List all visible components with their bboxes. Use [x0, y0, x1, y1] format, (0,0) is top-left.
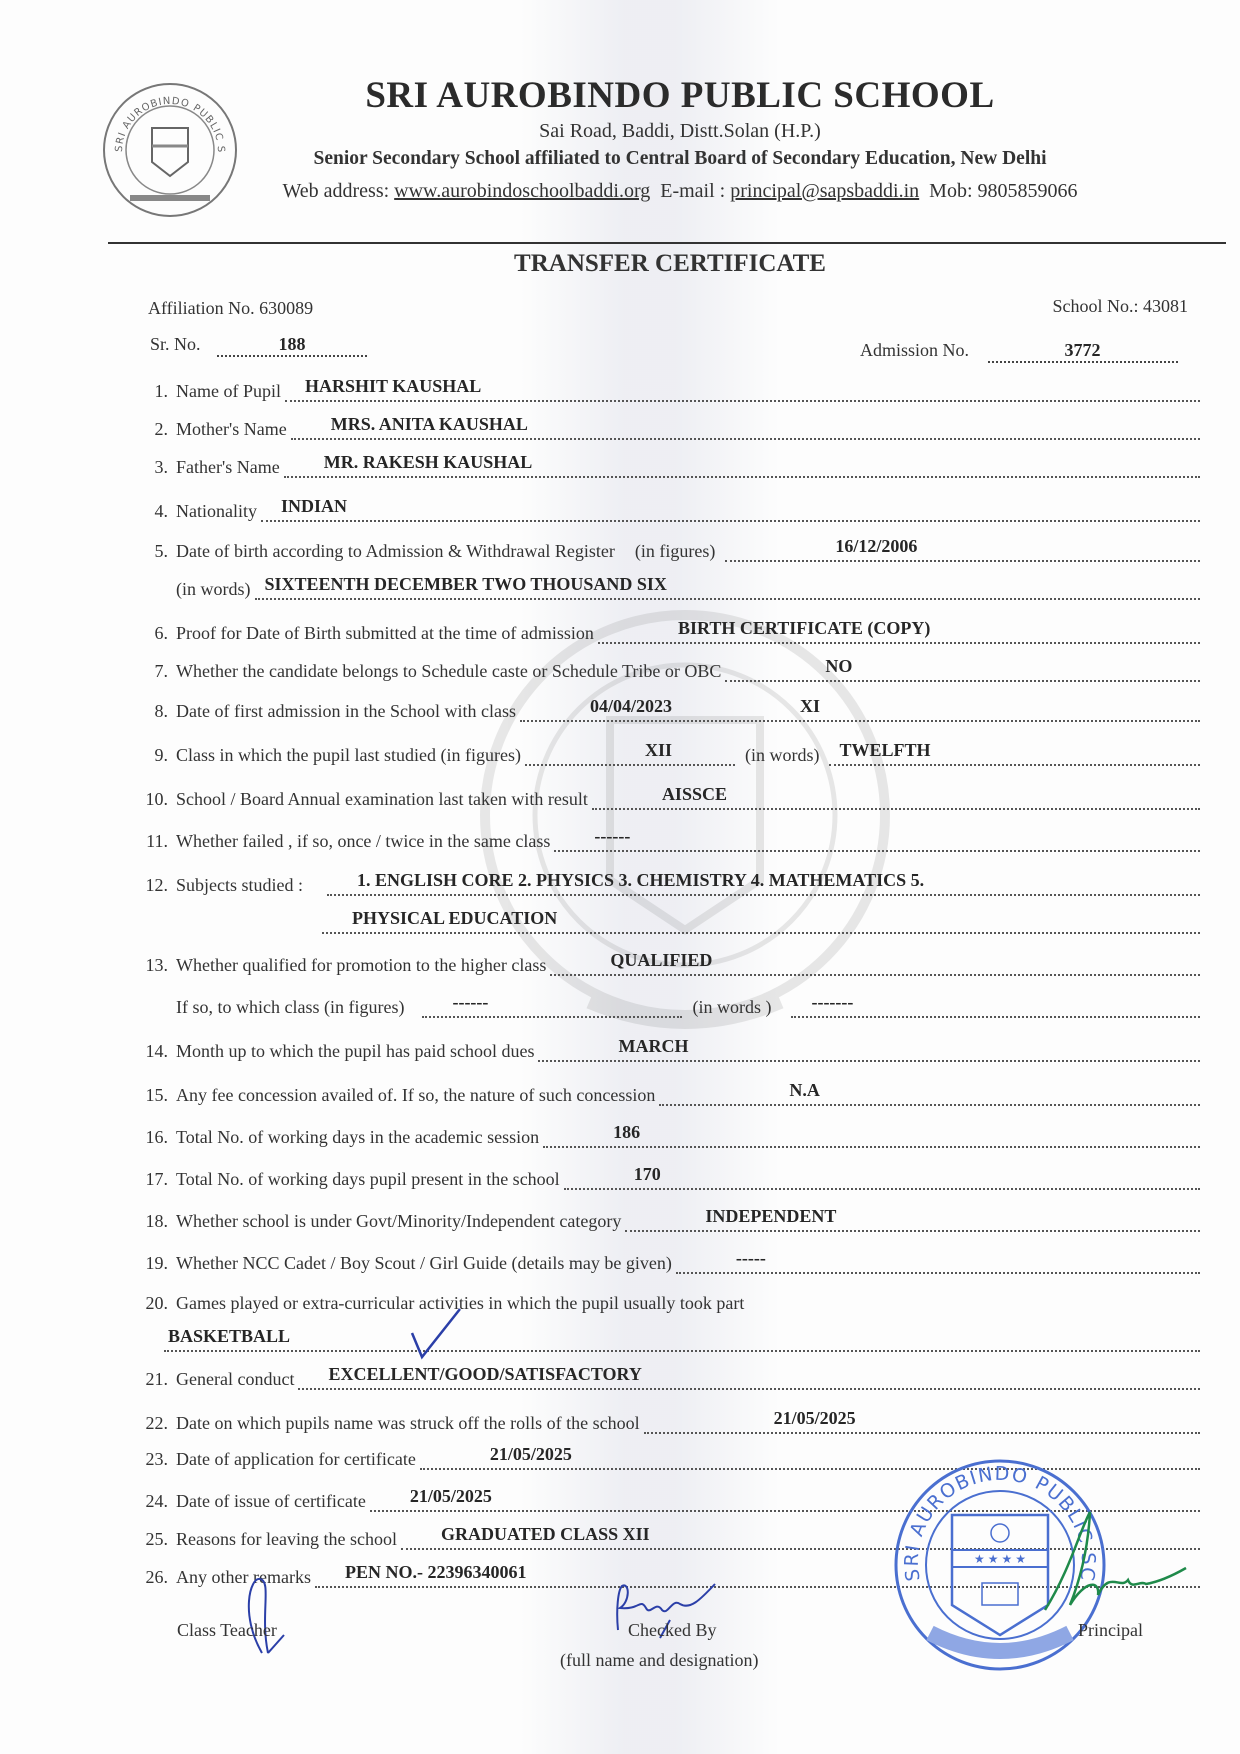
field-value-line: MARCH — [538, 1034, 1200, 1062]
field-value-line: ------ — [554, 824, 1200, 852]
field-row: 15.Any fee concession availed of. If so,… — [132, 1076, 1200, 1106]
field-value-line: EXCELLENT/GOOD/SATISFACTORY — [298, 1362, 1200, 1390]
field-label: Whether school is under Govt/Minority/In… — [176, 1211, 621, 1232]
field-value: ----- — [736, 1248, 766, 1269]
field-value: INDEPENDENT — [705, 1206, 836, 1227]
field-value: QUALIFIED — [610, 950, 712, 971]
field-number: 3. — [132, 457, 168, 478]
field-value: 186 — [613, 1122, 640, 1143]
sr-no-label: Sr. No. — [150, 334, 201, 354]
field-value: 21/05/2025 — [490, 1444, 572, 1465]
field-label: Date on which pupils name was struck off… — [176, 1413, 640, 1434]
field-row: 6.Proof for Date of Birth submitted at t… — [132, 614, 1200, 644]
field-label: Date of first admission in the School wi… — [176, 701, 516, 722]
checked-by-note: (full name and designation) — [560, 1650, 758, 1671]
certificate-title: TRANSFER CERTIFICATE — [0, 250, 1240, 278]
field-row: 17.Total No. of working days pupil prese… — [132, 1160, 1200, 1190]
field-value-line: BIRTH CERTIFICATE (COPY) — [598, 616, 1200, 644]
field-value-line: BASKETBALL — [164, 1324, 1200, 1352]
field-number: 18. — [132, 1211, 168, 1232]
field-value: NO — [825, 656, 852, 677]
field-row-games-value: BASKETBALL — [164, 1322, 1200, 1352]
field-label: Whether NCC Cadet / Boy Scout / Girl Gui… — [176, 1253, 672, 1274]
mobile-number: 9805859066 — [978, 180, 1078, 202]
field-row-dob: 5.Date of birth according to Admission &… — [132, 532, 1200, 562]
field-label: Reasons for leaving the school — [176, 1529, 397, 1550]
field-number: 24. — [132, 1491, 168, 1512]
field-value: PEN NO.- 22396340061 — [345, 1562, 527, 1583]
field-value-line: 21/05/2025 — [644, 1406, 1200, 1434]
field-row-promotion: 13.Whether qualified for promotion to th… — [132, 946, 1200, 976]
field-row-promotion-sub: If so, to which class (in figures)------… — [132, 988, 1200, 1018]
contact-line: Web address: www.aurobindoschoolbaddi.or… — [0, 180, 1240, 203]
field-value-line: TWELFTH — [829, 738, 1200, 766]
field-row: 21.General conductEXCELLENT/GOOD/SATISFA… — [132, 1360, 1200, 1390]
field-number: 22. — [132, 1413, 168, 1434]
field-sublabel: (in figures) — [635, 541, 715, 562]
field-number: 1. — [132, 381, 168, 402]
field-value: MRS. ANITA KAUSHAL — [331, 414, 528, 435]
field-label: (in words) — [176, 579, 251, 600]
field-value-line: 170 — [564, 1162, 1200, 1190]
field-number: 9. — [132, 745, 168, 766]
field-number: 20. — [132, 1293, 168, 1314]
field-value: HARSHIT KAUSHAL — [305, 376, 481, 397]
field-value: EXCELLENT/GOOD/SATISFACTORY — [328, 1364, 641, 1385]
sr-no-value: 188 — [279, 334, 306, 354]
field-label: Total No. of working days pupil present … — [176, 1169, 560, 1190]
field-row: 7.Whether the candidate belongs to Sched… — [132, 652, 1200, 682]
field-value-line: ------- — [791, 990, 1200, 1018]
field-value: ------ — [452, 992, 488, 1013]
principal-label: Principal — [1078, 1620, 1143, 1641]
svg-text:★ ★ ★ ★: ★ ★ ★ ★ — [974, 1552, 1026, 1566]
field-label: Subjects studied : — [176, 875, 303, 896]
field-value: SIXTEENTH DECEMBER TWO THOUSAND SIX — [265, 574, 667, 595]
field-value-line: 1. ENGLISH CORE 2. PHYSICS 3. CHEMISTRY … — [327, 868, 1200, 896]
field-label: Any fee concession availed of. If so, th… — [176, 1085, 655, 1106]
field-value: PHYSICAL EDUCATION — [352, 908, 557, 929]
email-link[interactable]: principal@sapsbaddi.in — [730, 180, 919, 202]
field-label: Date of application for certificate — [176, 1449, 416, 1470]
field-sublabel: (in words ) — [692, 997, 771, 1018]
field-value: 170 — [634, 1164, 661, 1185]
field-value-line: ----- — [676, 1246, 1200, 1274]
field-value: TWELFTH — [839, 740, 930, 761]
field-value: GRADUATED CLASS XII — [441, 1524, 650, 1545]
email-label: E-mail : — [660, 180, 725, 202]
field-number: 15. — [132, 1085, 168, 1106]
field-value: INDIAN — [281, 496, 347, 517]
field-row-admission: 8.Date of first admission in the School … — [132, 692, 1200, 722]
field-row: 2.Mother's NameMRS. ANITA KAUSHAL — [132, 410, 1200, 440]
field-number: 25. — [132, 1529, 168, 1550]
field-number: 16. — [132, 1127, 168, 1148]
field-number: 21. — [132, 1369, 168, 1390]
affiliation-no: Affiliation No. 630089 — [148, 298, 313, 319]
field-label: Whether qualified for promotion to the h… — [176, 955, 546, 976]
field-label: General conduct — [176, 1369, 294, 1390]
field-value-line: N.A — [659, 1078, 1200, 1106]
field-row: 10.School / Board Annual examination las… — [132, 780, 1200, 810]
field-label: If so, to which class (in figures) — [176, 997, 404, 1018]
field-value-line: INDIAN — [261, 494, 1200, 522]
field-number: 10. — [132, 789, 168, 810]
field-row: 1.Name of PupilHARSHIT KAUSHAL — [132, 372, 1200, 402]
field-number: 13. — [132, 955, 168, 976]
field-label: Whether the candidate belongs to Schedul… — [176, 661, 721, 682]
field-value: BASKETBALL — [168, 1326, 290, 1347]
field-value-line: MRS. ANITA KAUSHAL — [291, 412, 1200, 440]
field-number: 14. — [132, 1041, 168, 1062]
field-value: AISSCE — [662, 784, 727, 805]
field-label: Class in which the pupil last studied (i… — [176, 745, 521, 766]
field-value-line: PHYSICAL EDUCATION — [322, 906, 1200, 934]
principal-signature — [1040, 1510, 1190, 1620]
field-value-line: AISSCE — [592, 782, 1200, 810]
checkmark-icon — [410, 1305, 470, 1365]
school-address: Sai Road, Baddi, Distt.Solan (H.P.) — [0, 120, 1240, 143]
web-link[interactable]: www.aurobindoschoolbaddi.org — [394, 180, 650, 202]
header-divider — [108, 242, 1226, 244]
field-value-line: QUALIFIED — [550, 948, 1200, 976]
mobile-label: Mob: — [929, 180, 972, 202]
field-value: 21/05/2025 — [410, 1486, 492, 1507]
field-row-class: 9.Class in which the pupil last studied … — [132, 736, 1200, 766]
field-label: Proof for Date of Birth submitted at the… — [176, 623, 594, 644]
checked-by-label: Checked By — [628, 1620, 716, 1641]
field-value: N.A — [789, 1080, 820, 1101]
web-label: Web address: — [282, 180, 389, 202]
field-number: 5. — [132, 541, 168, 562]
field-value: MR. RAKESH KAUSHAL — [324, 452, 533, 473]
field-row: 3.Father's NameMR. RAKESH KAUSHAL — [132, 448, 1200, 478]
field-label: Name of Pupil — [176, 381, 281, 402]
field-label: Whether failed , if so, once / twice in … — [176, 831, 550, 852]
field-number: 2. — [132, 419, 168, 440]
field-row: 22.Date on which pupils name was struck … — [132, 1404, 1200, 1434]
field-row-subjects-2: PHYSICAL EDUCATION — [132, 904, 1200, 934]
field-value: BIRTH CERTIFICATE (COPY) — [678, 618, 930, 639]
field-sublabel: (in words) — [745, 745, 820, 766]
field-value-line: HARSHIT KAUSHAL — [285, 374, 1200, 402]
field-value-line: SIXTEENTH DECEMBER TWO THOUSAND SIX — [255, 572, 1201, 600]
field-number: 17. — [132, 1169, 168, 1190]
field-value-line: NO — [725, 654, 1200, 682]
field-value-line: MR. RAKESH KAUSHAL — [284, 450, 1200, 478]
field-number: 12. — [132, 875, 168, 896]
field-value: MARCH — [618, 1036, 688, 1057]
field-label: School / Board Annual examination last t… — [176, 789, 588, 810]
field-value-line: 04/04/2023XI — [520, 694, 1200, 722]
field-value: 1. ENGLISH CORE 2. PHYSICS 3. CHEMISTRY … — [357, 870, 924, 891]
school-no: School No.: 43081 — [1052, 296, 1188, 317]
class-teacher-signature — [240, 1575, 290, 1655]
class-teacher-label: Class Teacher — [177, 1620, 277, 1641]
field-row: 19.Whether NCC Cadet / Boy Scout / Girl … — [132, 1244, 1200, 1274]
field-label: Month up to which the pupil has paid sch… — [176, 1041, 534, 1062]
field-value-line: 186 — [543, 1120, 1200, 1148]
field-label: Father's Name — [176, 457, 280, 478]
admission-no-label: Admission No. — [860, 340, 969, 360]
field-value: 16/12/2006 — [835, 536, 917, 557]
field-number: 23. — [132, 1449, 168, 1470]
field-row-games: 20.Games played or extra-curricular acti… — [132, 1284, 1200, 1314]
field-value: 21/05/2025 — [774, 1408, 856, 1429]
field-row-dob-words: (in words)SIXTEENTH DECEMBER TWO THOUSAN… — [132, 570, 1200, 600]
school-name: SRI AUROBINDO PUBLIC SCHOOL — [0, 74, 1240, 117]
field-number: 26. — [132, 1567, 168, 1588]
field-number: 6. — [132, 623, 168, 644]
field-value-line: 16/12/2006 — [725, 534, 1200, 562]
field-number: 11. — [132, 831, 168, 852]
field-row: 14.Month up to which the pupil has paid … — [132, 1032, 1200, 1062]
field-number: 7. — [132, 661, 168, 682]
field-number: 8. — [132, 701, 168, 722]
field-value-line: INDEPENDENT — [625, 1204, 1200, 1232]
field-row: 18.Whether school is under Govt/Minority… — [132, 1202, 1200, 1232]
field-label: Mother's Name — [176, 419, 287, 440]
field-value: XII — [645, 740, 672, 761]
field-value: ------ — [594, 826, 630, 847]
field-value-class: XI — [800, 696, 820, 717]
field-row: 11.Whether failed , if so, once / twice … — [132, 822, 1200, 852]
field-row: 16.Total No. of working days in the acad… — [132, 1118, 1200, 1148]
field-number: 4. — [132, 501, 168, 522]
school-affiliation: Senior Secondary School affiliated to Ce… — [0, 148, 1240, 170]
field-row: 4.NationalityINDIAN — [132, 492, 1200, 522]
field-value-line: ------ — [422, 990, 682, 1018]
field-label: Total No. of working days in the academi… — [176, 1127, 539, 1148]
field-label: Nationality — [176, 501, 257, 522]
field-value: ------- — [811, 992, 853, 1013]
field-label: Date of birth according to Admission & W… — [176, 541, 615, 562]
sr-no: Sr. No. 188 — [150, 334, 367, 357]
field-value-line: XII — [525, 738, 735, 766]
field-label: Date of issue of certificate — [176, 1491, 366, 1512]
field-value: 04/04/2023 — [590, 696, 672, 717]
field-row-subjects: 12.Subjects studied :1. ENGLISH CORE 2. … — [132, 866, 1200, 896]
admission-no: Admission No. 3772 — [860, 340, 1178, 363]
field-number: 19. — [132, 1253, 168, 1274]
admission-no-value: 3772 — [1065, 340, 1101, 360]
